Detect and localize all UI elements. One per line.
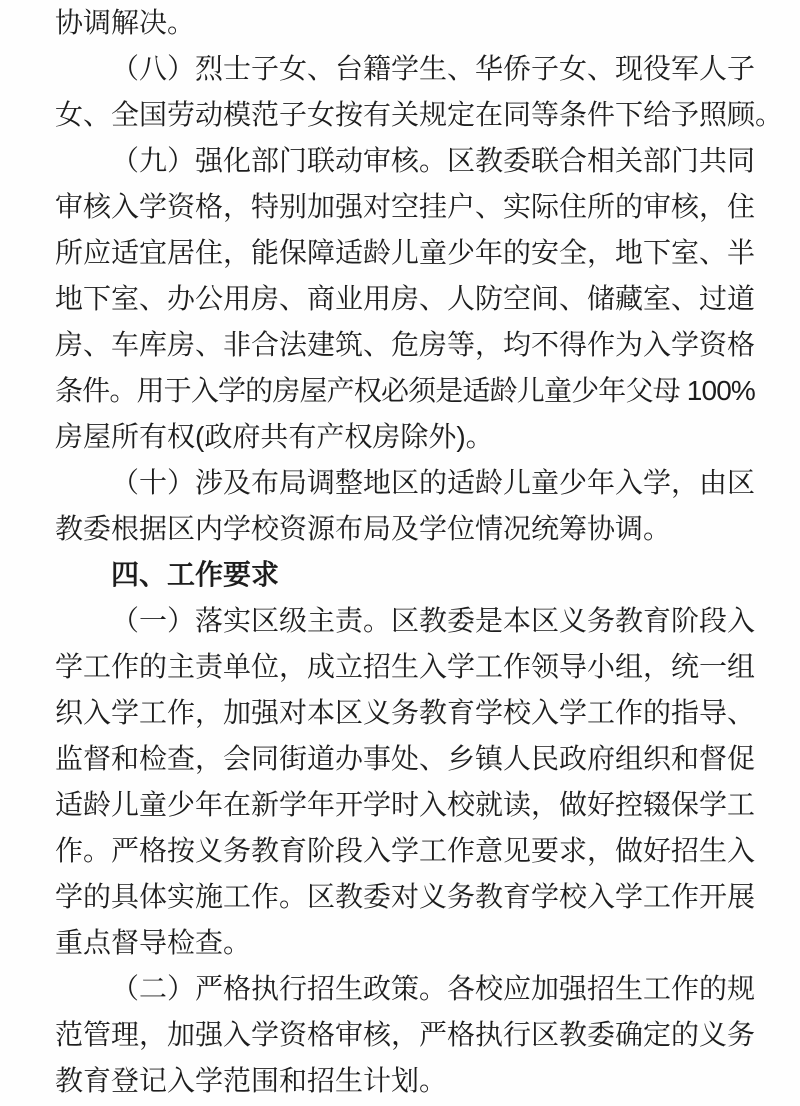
text-line: 教育登记入学范围和招生计划。: [55, 1058, 755, 1104]
text-line: 房、车库房、非合法建筑、危房等，均不得作为入学资格: [55, 322, 755, 368]
text-line: 所应适宜居住，能保障适龄儿童少年的安全，地下室、半: [55, 230, 755, 276]
paragraph-continuation-tail: 协调解决。: [55, 0, 755, 46]
text-line: 地下室、办公用房、商业用房、人防空间、储藏室、过道: [55, 276, 755, 322]
paragraph-item-2: （二）严格执行招生政策。各校应加强招生工作的规范管理，加强入学资格审核，严格执行…: [55, 966, 755, 1104]
text-line: 重点督导检查。: [55, 920, 755, 966]
text-line: 适龄儿童少年在新学年开学时入校就读，做好控辍保学工: [55, 782, 755, 828]
text-line: （十）涉及布局调整地区的适龄儿童少年入学，由区: [55, 460, 755, 506]
text-line: 监督和检查，会同街道办事处、乡镇人民政府组织和督促: [55, 736, 755, 782]
text-line: 学工作的主责单位，成立招生入学工作领导小组，统一组: [55, 644, 755, 690]
text-line: （八）烈士子女、台籍学生、华侨子女、现役军人子: [55, 46, 755, 92]
text-line: 房屋所有权(政府共有产权房除外)。: [55, 414, 755, 460]
paragraph-item-9: （九）强化部门联动审核。区教委联合相关部门共同审核入学资格，特别加强对空挂户、实…: [55, 138, 755, 460]
text-line: 织入学工作，加强对本区义务教育学校入学工作的指导、: [55, 690, 755, 736]
text-line: 教委根据区内学校资源布局及学位情况统筹协调。: [55, 506, 755, 552]
text-line: （一）落实区级主责。区教委是本区义务教育阶段入: [55, 598, 755, 644]
text-line: 四、工作要求: [55, 552, 755, 598]
text-line: 作。严格按义务教育阶段入学工作意见要求，做好招生入: [55, 828, 755, 874]
paragraph-item-8: （八）烈士子女、台籍学生、华侨子女、现役军人子女、全国劳动模范子女按有关规定在同…: [55, 46, 755, 138]
page-text: 协调解决。（八）烈士子女、台籍学生、华侨子女、现役军人子女、全国劳动模范子女按有…: [55, 0, 755, 1104]
text-line: （九）强化部门联动审核。区教委联合相关部门共同: [55, 138, 755, 184]
paragraph-item-1: （一）落实区级主责。区教委是本区义务教育阶段入学工作的主责单位，成立招生入学工作…: [55, 598, 755, 966]
section-heading-4-work-requirements: 四、工作要求: [55, 552, 755, 598]
text-line: 条件。用于入学的房屋产权必须是适龄儿童少年父母 100%: [55, 368, 755, 414]
text-line: 女、全国劳动模范子女按有关规定在同等条件下给予照顾。: [55, 92, 755, 138]
paragraph-item-10: （十）涉及布局调整地区的适龄儿童少年入学，由区教委根据区内学校资源布局及学位情况…: [55, 460, 755, 552]
text-line: 学的具体实施工作。区教委对义务教育学校入学工作开展: [55, 874, 755, 920]
text-line: 协调解决。: [55, 0, 755, 46]
document-page: 协调解决。（八）烈士子女、台籍学生、华侨子女、现役军人子女、全国劳动模范子女按有…: [0, 0, 800, 1106]
text-line: 范管理，加强入学资格审核，严格执行区教委确定的义务: [55, 1012, 755, 1058]
text-line: 审核入学资格，特别加强对空挂户、实际住所的审核，住: [55, 184, 755, 230]
text-line: （二）严格执行招生政策。各校应加强招生工作的规: [55, 966, 755, 1012]
